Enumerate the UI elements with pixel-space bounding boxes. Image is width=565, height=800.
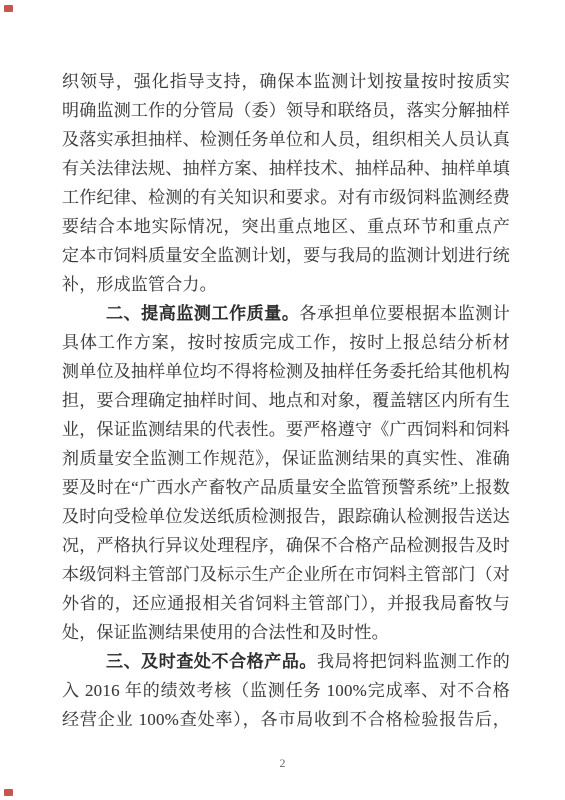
text-line: 织领导，强化指导支持，确保本监测计划按量按时按质实施。要 — [62, 67, 510, 96]
text-line: 处，保证监测结果使用的合法性和及时性。 — [62, 618, 510, 647]
scan-artifact-bottom-left — [4, 789, 13, 796]
text-line: 况，严格执行异议处理程序，确保不合格产品检测报告及时送达 — [62, 531, 510, 560]
document-page: 织领导，强化指导支持，确保本监测计划按量按时按质实施。要明确监测工作的分管局（委… — [0, 0, 565, 800]
text-line: 本级饲料主管部门及标示生产企业所在市饲料主管部门（对涉及 — [62, 560, 510, 589]
text-line: 补，形成监管合力。 — [62, 270, 510, 299]
text-line: 及落实承担抽样、检测任务单位和人员，组织相关人员认真学习 — [62, 125, 510, 154]
section-heading: 三、及时查处不合格产品。 — [106, 652, 317, 671]
page-number: 2 — [0, 756, 565, 771]
text-line: 工作纪律、检测的有关知识和要求。对有市级饲料监测经费的市， — [62, 183, 510, 212]
text-line: 入 2016 年的绩效考核（监测任务 100%完成率、对不合格品生产 — [62, 676, 510, 705]
text-line: 有关法律法规、抽样方案、抽样技术、抽样品种、抽样单填写、 — [62, 154, 510, 183]
text-line: 要及时在“广西水产畜牧产品质量安全监管预警系统”上报数据， — [62, 473, 510, 502]
text-line: 定本市饲料质量安全监测计划，要与我局的监测计划进行统筹互 — [62, 241, 510, 270]
text-line: 经营企业 100%查处率），各市局收到不合格检验报告后，应依法 — [62, 705, 510, 734]
text-line: 测单位及抽样单位均不得将检测及抽样任务委托给其他机构承 — [62, 357, 510, 386]
text-line: 三、及时查处不合格产品。我局将把饲料监测工作的质量列 — [62, 647, 510, 676]
text-block: 织领导，强化指导支持，确保本监测计划按量按时按质实施。要明确监测工作的分管局（委… — [62, 67, 510, 734]
text-line: 及时向受检单位发送纸质检测报告，跟踪确认检测报告送达情 — [62, 502, 510, 531]
text-line: 二、提高监测工作质量。各承担单位要根据本监测计划制定 — [62, 299, 510, 328]
text-line: 具体工作方案，按时按质完成工作，按时上报总结分析材料。检 — [62, 328, 510, 357]
text-line: 外省的，还应通报相关省饲料主管部门），并报我局畜牧与饲料 — [62, 589, 510, 618]
text-line: 剂质量安全监测工作规范》，保证监测结果的真实性、准确性。 — [62, 444, 510, 473]
section-heading: 二、提高监测工作质量。 — [106, 304, 299, 323]
text-line: 明确监测工作的分管局（委）领导和联络员，落实分解抽样任务 — [62, 96, 510, 125]
text-line: 要结合本地实际情况，突出重点地区、重点环节和重点产品，制 — [62, 212, 510, 241]
scan-artifact-top-left — [4, 5, 13, 12]
text-line: 担，要合理确定抽样时间、地点和对象，覆盖辖区内所有生产企 — [62, 386, 510, 415]
text-line: 业，保证监测结果的代表性。要严格遵守《广西饲料和饲料添加 — [62, 415, 510, 444]
